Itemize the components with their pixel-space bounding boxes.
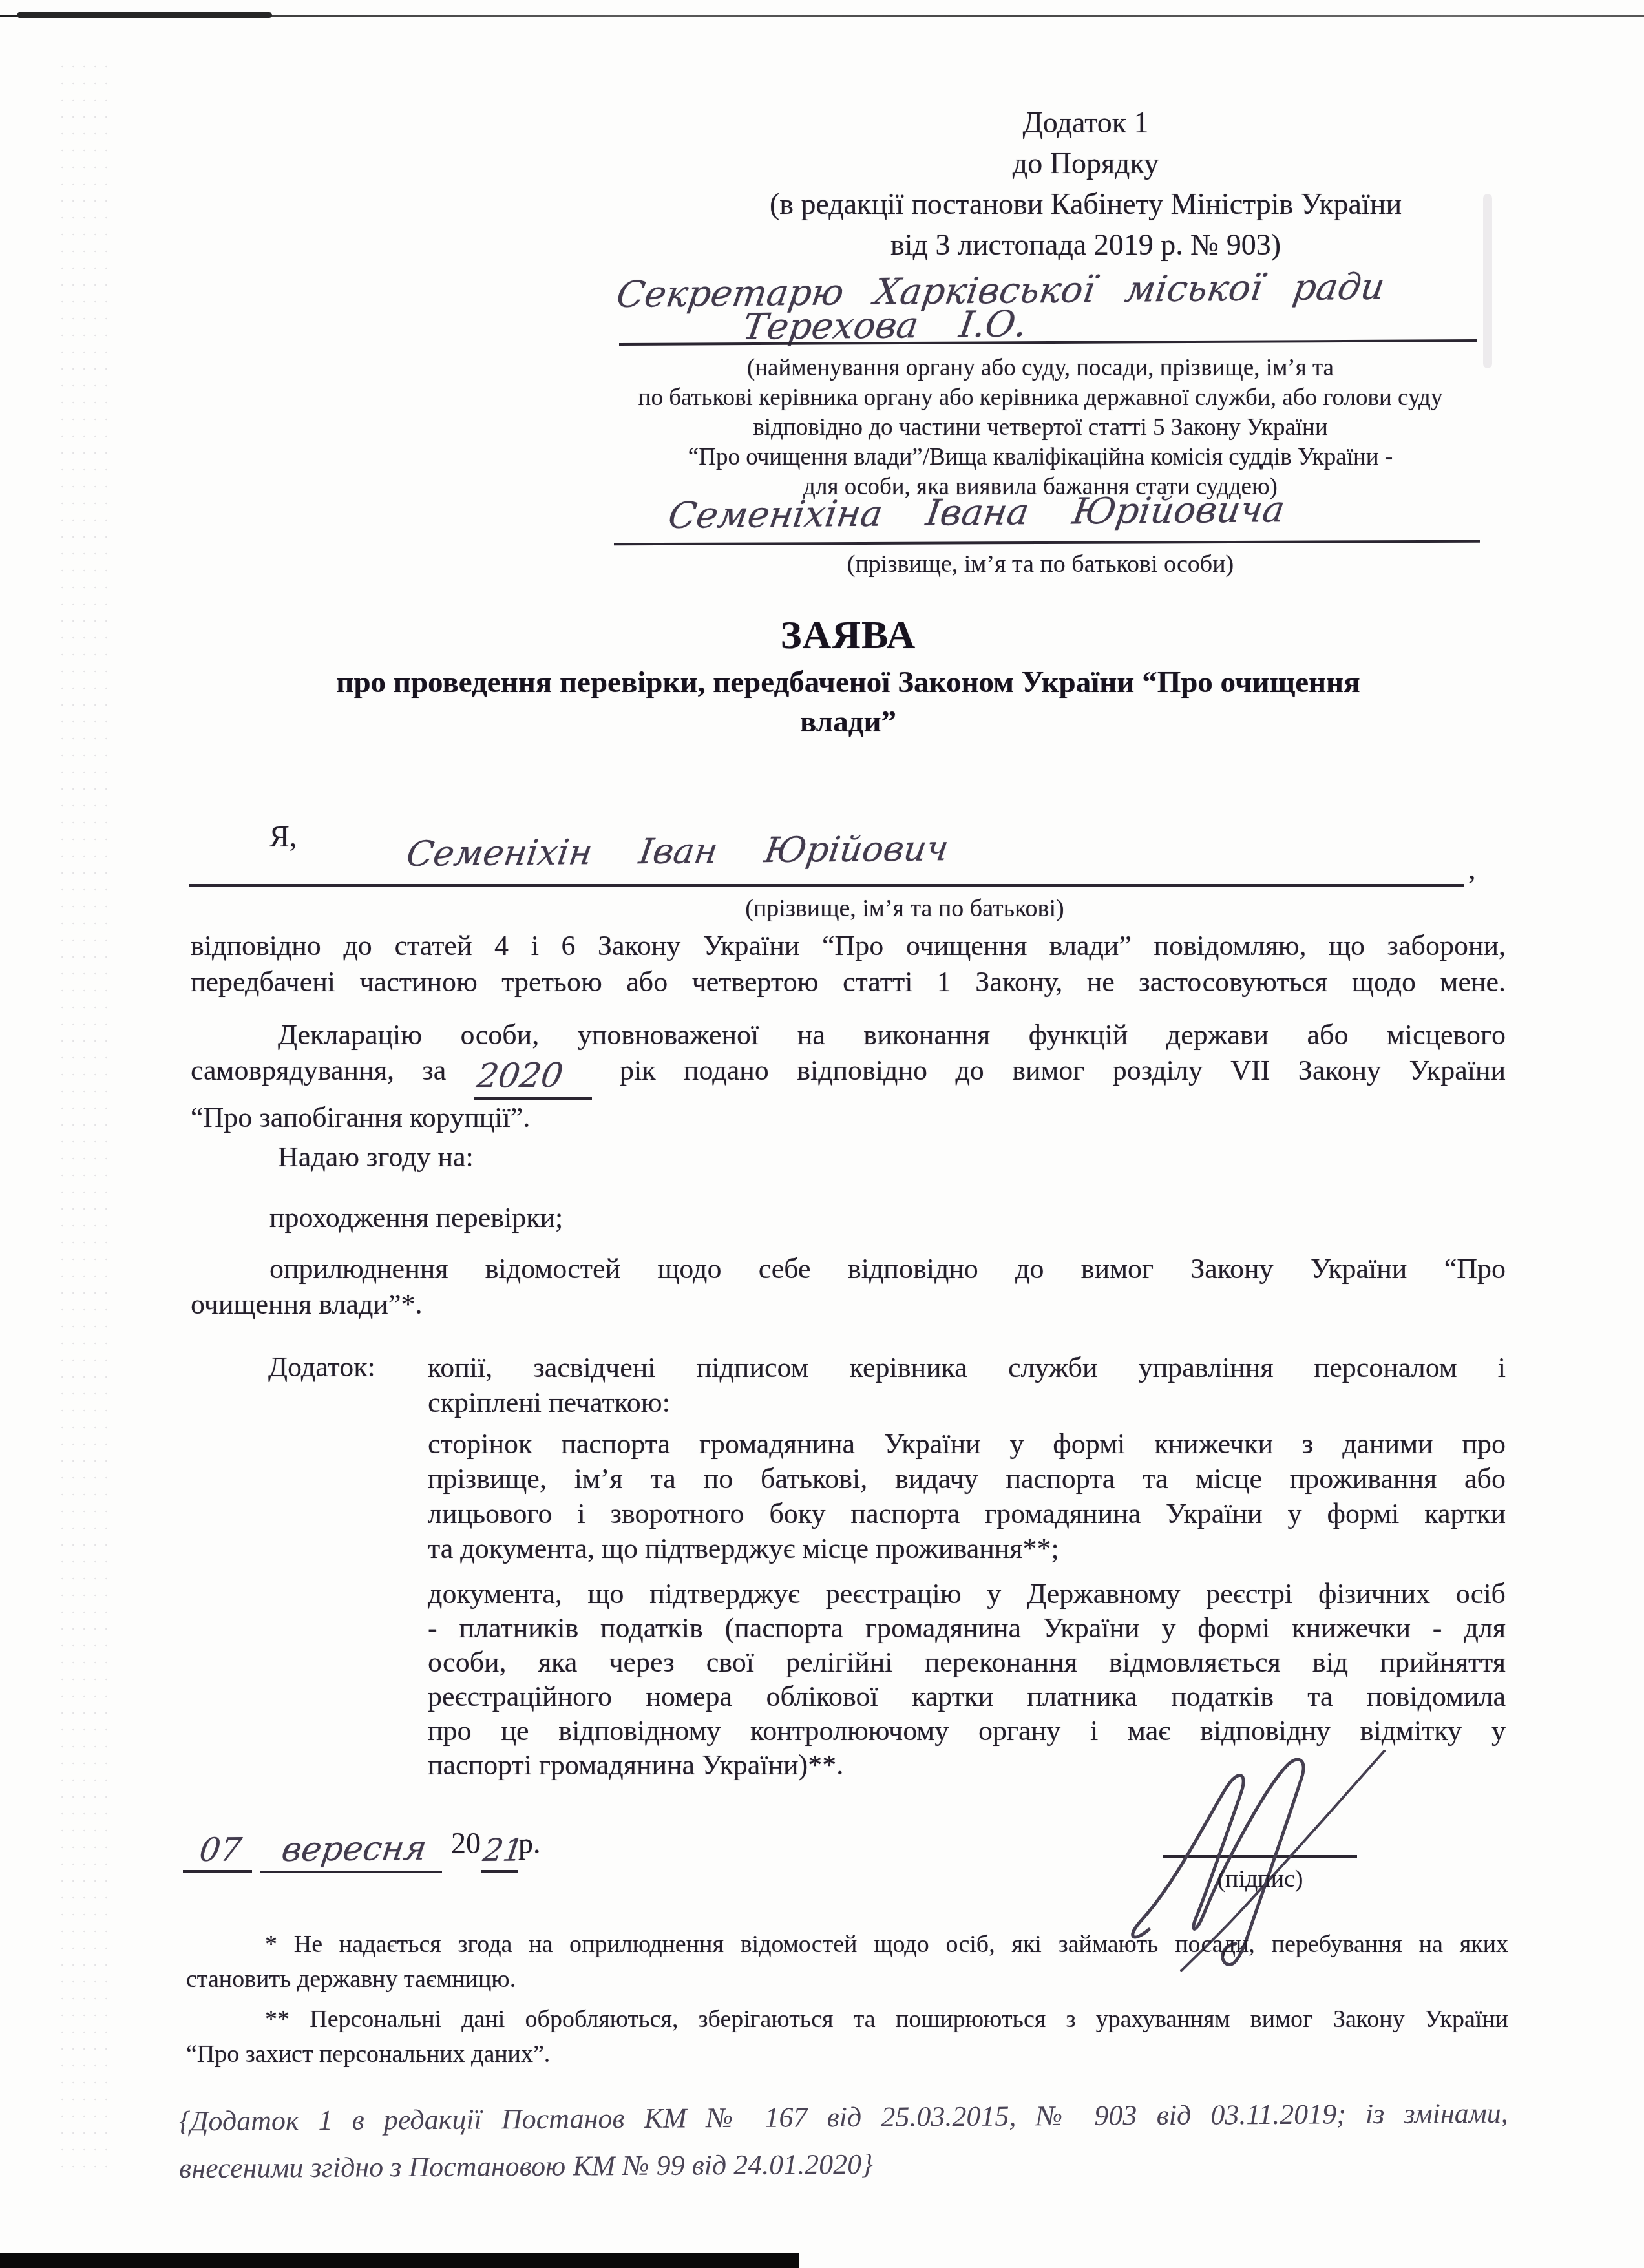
attachment-line: сторінок паспорта громадянина України у …	[428, 1427, 1506, 1462]
addressee-caption-block: (найменування органу або суду, посади, п…	[569, 353, 1512, 502]
revision-line: {Додаток 1 в редакції Постанов КМ № 167 …	[179, 2090, 1508, 2145]
addressee-caption-line: “Про очищення влади”/Вища кваліфікаційна…	[569, 443, 1512, 472]
body-line: відповідно до статей 4 і 6 Закону Україн…	[191, 928, 1506, 964]
date-month-field: вересня	[260, 1831, 442, 1873]
attachment-line: особи, яка через свої релігійні перекона…	[428, 1645, 1506, 1679]
attachment-line: та документа, що підтверджує місце прожи…	[428, 1531, 1506, 1566]
attachment-line: - платників податків (паспорта громадяни…	[428, 1611, 1506, 1645]
scan-smudge	[1483, 194, 1492, 368]
text-before-year: самоврядування, за	[191, 1055, 446, 1086]
body-line: Декларацію особи, уповноваженої на викон…	[191, 1017, 1506, 1053]
attachment-line: реєстраційного номера облікової картки п…	[428, 1679, 1506, 1714]
scanned-document-page: Додаток 1 до Порядку (в редакції постано…	[0, 0, 1644, 2268]
document-title: ЗАЯВА	[191, 613, 1506, 658]
subtitle-line: влади”	[191, 702, 1506, 742]
revision-note: {Додаток 1 в редакції Постанов КМ № 167 …	[179, 2090, 1509, 2192]
year-prefix: 20	[451, 1827, 481, 1860]
appendix-line: (в редакції постанови Кабінету Міністрів…	[698, 184, 1473, 224]
addressee-caption-line: відповідно до частини четвертої статті 5…	[569, 413, 1512, 443]
subject-name-caption: (прізвище, ім’я та по батькові особи)	[569, 550, 1512, 578]
handwritten-month: вересня	[279, 1829, 429, 1869]
paragraph-declaration: Декларацію особи, уповноваженої на викон…	[191, 1017, 1506, 1135]
scan-noise-strip	[57, 58, 115, 2178]
footnote-line: ** Персональні дані обробляються, зберіг…	[186, 2002, 1508, 2037]
caption-text: (прізвище, ім’я та по батькові)	[745, 895, 1064, 922]
footnote-line: * Не надається згода на оприлюднення від…	[186, 1927, 1508, 1962]
attachment-label: Додаток:	[268, 1350, 375, 1383]
attachment-line: прізвище, ім’я та по батькові, видачу па…	[428, 1462, 1506, 1496]
year-blank-field: 2020	[474, 1059, 592, 1100]
body-line: передбачені частиною третьою або четверт…	[191, 964, 1506, 1000]
applicant-underline	[189, 884, 1464, 887]
text-after-year: рік подано відповідно до вимог розділу V…	[620, 1055, 1506, 1086]
title-text: ЗАЯВА	[781, 613, 916, 657]
subject-handwritten-name: Семеніхіна Івана Юрійовича	[666, 495, 1280, 537]
attachment-line: скріплені печаткою:	[428, 1385, 1506, 1420]
caption-text: (прізвище, ім’я та по батькові особи)	[847, 551, 1234, 578]
attachment-label-text: Додаток:	[268, 1351, 375, 1383]
attachment-line: документа, що підтверджує реєстрацію у Д…	[428, 1577, 1506, 1611]
handwritten-day: 07	[197, 1831, 244, 1869]
signature-caption: (підпис)	[1163, 1865, 1357, 1893]
addressee-caption-line: (найменування органу або суду, посади, п…	[569, 353, 1512, 383]
consent-item-check: проходження перевірки;	[269, 1201, 563, 1234]
scan-bottom-bar	[0, 2253, 799, 2268]
body-line: очищення влади”*.	[191, 1286, 1506, 1322]
date-row: 07вересня2021р.	[183, 1826, 541, 1873]
consent-item-text: проходження перевірки;	[269, 1202, 563, 1234]
applicant-handwritten-name: Семеніхін Іван Юрійович	[404, 834, 944, 874]
attachment-line: лицьового і зворотного боку паспорта гро…	[428, 1496, 1506, 1531]
attachment-item-passport-pages: сторінок паспорта громадянина України у …	[428, 1427, 1506, 1566]
addressee-caption-line: по батькові керівника органу або керівни…	[569, 383, 1512, 413]
subtitle-line: про проведення перевірки, передбаченої З…	[191, 663, 1506, 702]
consent-intro-text: Надаю згоду на:	[278, 1141, 474, 1173]
prefix-text: Я,	[269, 820, 297, 853]
handwritten-year-suffix: 21	[481, 1832, 525, 1869]
paragraph-no-bans: відповідно до статей 4 і 6 Закону Україн…	[191, 928, 1506, 1000]
document-subtitle: про проведення перевірки, передбаченої З…	[191, 663, 1506, 742]
consent-intro: Надаю згоду на:	[278, 1140, 474, 1173]
footnote-line: становить державну таємницю.	[186, 1962, 1508, 1997]
footnote-personal-data: ** Персональні дані обробляються, зберіг…	[186, 2002, 1508, 2072]
body-line-with-blank: самоврядування, за 2020 рік подано відпо…	[191, 1053, 1506, 1100]
body-line: “Про запобігання корупції”.	[191, 1100, 1506, 1135]
scan-top-blob	[17, 12, 272, 18]
date-day-field: 07	[183, 1831, 252, 1873]
applicant-prefix: Я,	[269, 819, 297, 854]
footnote-line: “Про захист персональних даних”.	[186, 2037, 1508, 2072]
appendix-header: Додаток 1 до Порядку (в редакції постано…	[698, 102, 1473, 265]
revision-line: внесеними згідно з Постановою КМ № 99 ві…	[179, 2137, 1508, 2192]
appendix-line: Додаток 1	[698, 102, 1473, 143]
subject-name-underline	[614, 540, 1480, 546]
footnote-state-secret: * Не надається згода на оприлюднення від…	[186, 1927, 1508, 1997]
appendix-line: від 3 листопада 2019 р. № 903)	[698, 224, 1473, 265]
handwriting: Семеніхіна Івана Юрійовича	[666, 488, 1287, 537]
appendix-line: до Порядку	[698, 143, 1473, 184]
caption-text: (підпис)	[1217, 1865, 1303, 1893]
date-year-field: 21	[481, 1832, 518, 1873]
applicant-trailing-comma: ,	[1468, 852, 1476, 886]
attachment-intro: копії, засвідчені підписом керівника слу…	[428, 1350, 1506, 1420]
attachment-line: копії, засвідчені підписом керівника слу…	[428, 1350, 1506, 1385]
applicant-caption: (прізвище, ім’я та по батькові)	[258, 894, 1551, 923]
body-line: оприлюднення відомостей щодо себе відпов…	[191, 1251, 1506, 1286]
handwriting: Семеніхін Іван Юрійович	[404, 828, 951, 874]
consent-item-publication: оприлюднення відомостей щодо себе відпов…	[191, 1251, 1506, 1322]
comma-text: ,	[1468, 852, 1476, 885]
handwritten-year: 2020	[474, 1058, 565, 1095]
